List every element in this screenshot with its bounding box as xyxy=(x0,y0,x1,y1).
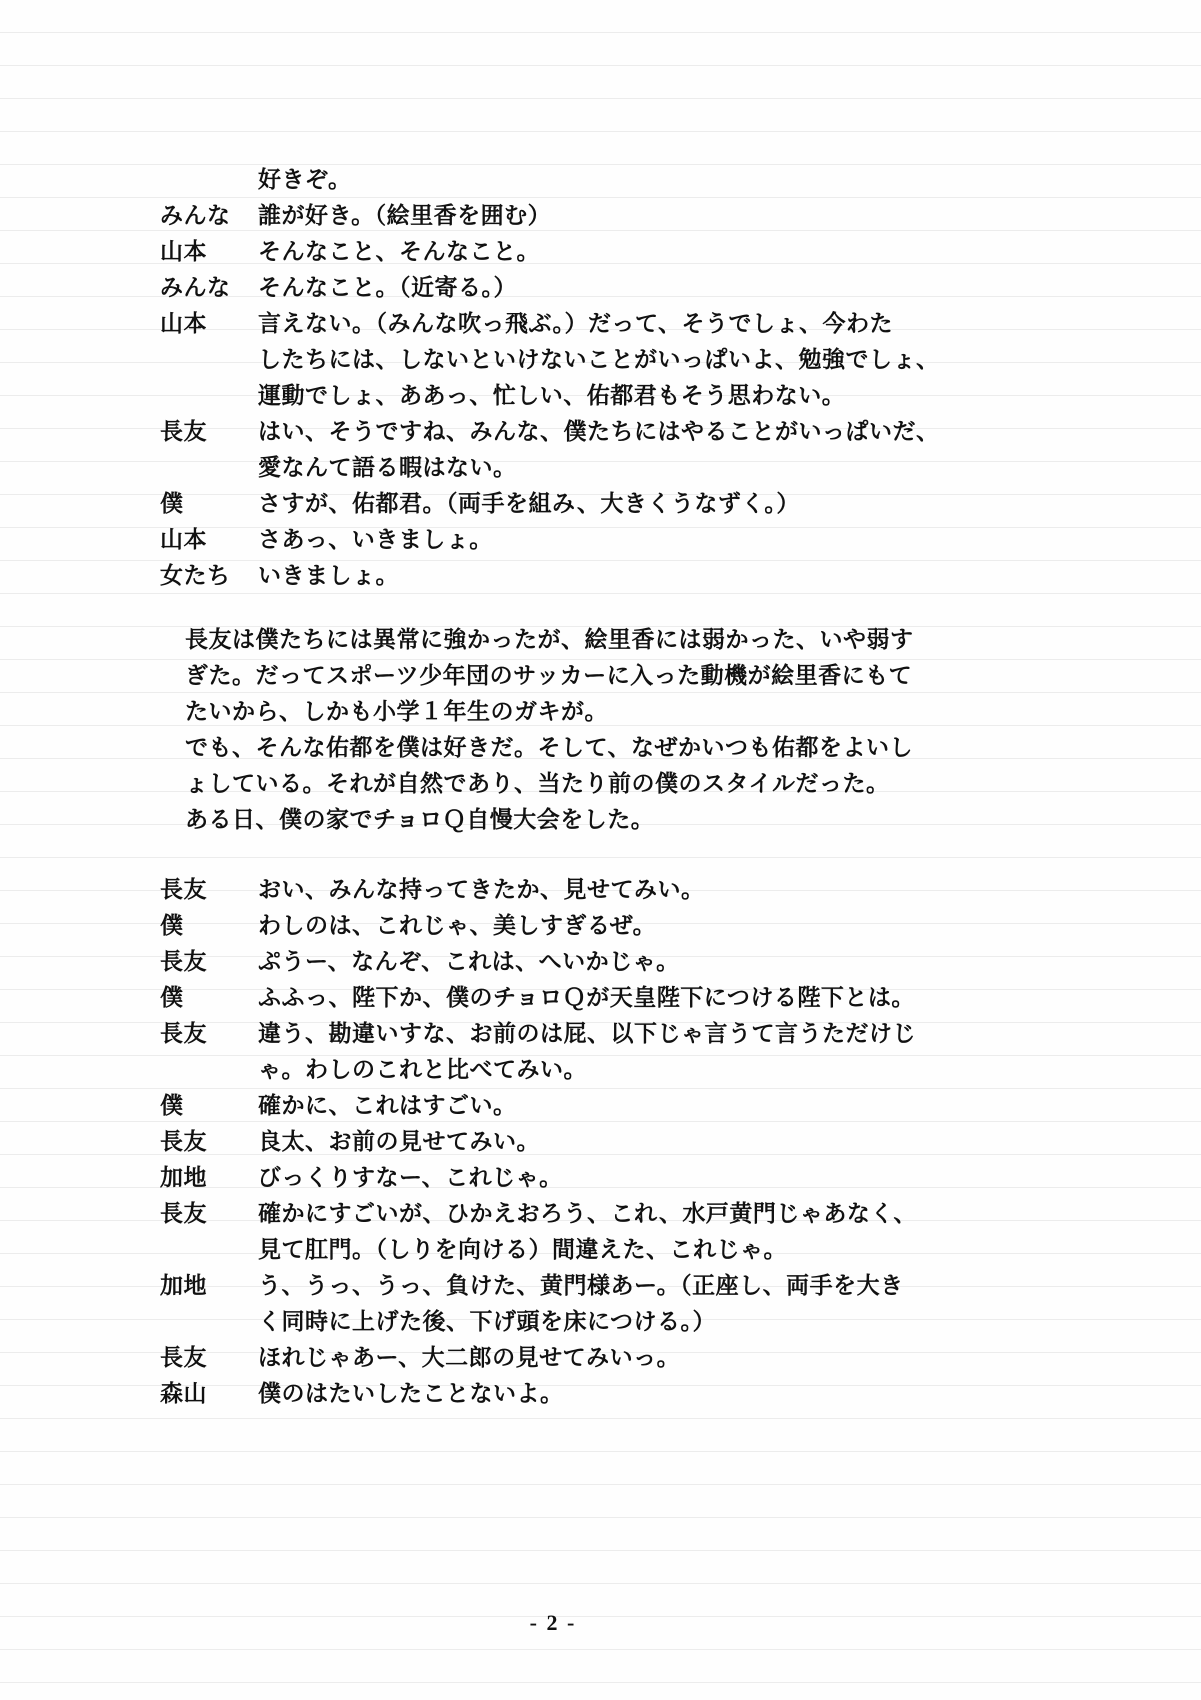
speaker-name: 山本 xyxy=(160,234,258,270)
speech-text: 言えない。（みんな吹っ飛ぶ。）だって、そうでしょ、今わた xyxy=(258,306,1040,342)
document-page: 好きぞ。 みんな誰が好き。（絵里香を囲む） 山本そんなこと、そんなこと。 みんな… xyxy=(0,0,1201,1700)
narration-line: ょしている。それが自然であり、当たり前の僕のスタイルだった。 xyxy=(185,766,1045,802)
speaker-name: 長友 xyxy=(160,872,258,908)
dialogue-line: 好きぞ。 xyxy=(160,162,1040,198)
speaker-name: みんな xyxy=(160,198,258,234)
speech-text: く同時に上げた後、下げ頭を床につける。） xyxy=(258,1304,1040,1340)
speaker-name: 女たち xyxy=(160,558,258,594)
dialogue-line: 長友違う、勘違いすな、お前のは屁、以下じゃ言うて言うただけじ xyxy=(160,1016,1040,1052)
speaker-name: 山本 xyxy=(160,522,258,558)
speech-text: 誰が好き。（絵里香を囲む） xyxy=(258,198,1040,234)
speech-text: 僕のはたいしたことないよ。 xyxy=(258,1376,1040,1412)
dialogue-line: 僕ふふっ、陛下か、僕のチョロＱが天皇陛下につける陛下とは。 xyxy=(160,980,1040,1016)
dialogue-line: く同時に上げた後、下げ頭を床につける。） xyxy=(160,1304,1040,1340)
speech-text: 良太、お前の見せてみい。 xyxy=(258,1124,1040,1160)
speech-text: 確かにすごいが、ひかえおろう、これ、水戸黄門じゃあなく、 xyxy=(258,1196,1040,1232)
speaker-name: 長友 xyxy=(160,1016,258,1052)
speech-text: 見て肛門。（しりを向ける）間違えた、これじゃ。 xyxy=(258,1232,1040,1268)
dialogue-line: 運動でしょ、ああっ、忙しい、佑都君もそう思わない。 xyxy=(160,378,1040,414)
speech-text: びっくりすなー、これじゃ。 xyxy=(258,1160,1040,1196)
speech-text: う、うっ、うっ、負けた、黄門様あー。（正座し、両手を大き xyxy=(258,1268,1040,1304)
narration-line: たいから、しかも小学１年生のガキが。 xyxy=(185,694,1045,730)
dialogue-line: 女たちいきましょ。 xyxy=(160,558,1040,594)
dialogue-line: 長友はい、そうですね、みんな、僕たちにはやることがいっぱいだ、 xyxy=(160,414,1040,450)
speaker-name: 長友 xyxy=(160,1196,258,1232)
speaker-name: 森山 xyxy=(160,1376,258,1412)
speaker-name: 長友 xyxy=(160,1340,258,1376)
speaker-name xyxy=(160,162,258,198)
speech-text: ほれじゃあー、大二郎の見せてみいっ。 xyxy=(258,1340,1040,1376)
speaker-name xyxy=(160,1304,258,1340)
speech-text: はい、そうですね、みんな、僕たちにはやることがいっぱいだ、 xyxy=(258,414,1040,450)
speech-text: したちには、しないといけないことがいっぱいよ、勉強でしょ、 xyxy=(258,342,1040,378)
dialogue-line: 愛なんて語る暇はない。 xyxy=(160,450,1040,486)
speech-text: わしのは、これじゃ、美しすぎるぜ。 xyxy=(258,908,1040,944)
speech-text: そんなこと。（近寄る。） xyxy=(258,270,1040,306)
dialogue-line: 見て肛門。（しりを向ける）間違えた、これじゃ。 xyxy=(160,1232,1040,1268)
speech-text: 好きぞ。 xyxy=(258,162,1040,198)
speaker-name: 加地 xyxy=(160,1268,258,1304)
dialogue-line: 長友ぷうー、なんぞ、これは、へいかじゃ。 xyxy=(160,944,1040,980)
dialogue-line: 長友良太、お前の見せてみい。 xyxy=(160,1124,1040,1160)
speaker-name xyxy=(160,378,258,414)
dialogue-line: ゃ。わしのこれと比べてみい。 xyxy=(160,1052,1040,1088)
speech-text: さあっ、いきましょ。 xyxy=(258,522,1040,558)
dialogue-line: 長友おい、みんな持ってきたか、見せてみい。 xyxy=(160,872,1040,908)
page-number: - 2 - xyxy=(0,1610,1106,1636)
narration-line: ぎた。だってスポーツ少年団のサッカーに入った動機が絵里香にもて xyxy=(185,658,1045,694)
narration-line: ある日、僕の家でチョロＱ自慢大会をした。 xyxy=(185,802,1045,838)
dialogue-line: みんな誰が好き。（絵里香を囲む） xyxy=(160,198,1040,234)
speaker-name xyxy=(160,342,258,378)
dialogue-line: 森山僕のはたいしたことないよ。 xyxy=(160,1376,1040,1412)
speech-text: 違う、勘違いすな、お前のは屁、以下じゃ言うて言うただけじ xyxy=(258,1016,1040,1052)
speaker-name: 僕 xyxy=(160,908,258,944)
narration-paragraph: 長友は僕たちには異常に強かったが、絵里香には弱かった、いや弱す ぎた。だってスポ… xyxy=(185,622,1045,838)
dialogue-line: 山本さあっ、いきましょ。 xyxy=(160,522,1040,558)
dialogue-line: 僕さすが、佑都君。（両手を組み、大きくうなずく。） xyxy=(160,486,1040,522)
speech-text: 確かに、これはすごい。 xyxy=(258,1088,1040,1124)
speaker-name: 僕 xyxy=(160,486,258,522)
speaker-name: みんな xyxy=(160,270,258,306)
dialogue-line: 長友ほれじゃあー、大二郎の見せてみいっ。 xyxy=(160,1340,1040,1376)
speech-text: ゃ。わしのこれと比べてみい。 xyxy=(258,1052,1040,1088)
speaker-name xyxy=(160,450,258,486)
speaker-name xyxy=(160,1052,258,1088)
speech-text: おい、みんな持ってきたか、見せてみい。 xyxy=(258,872,1040,908)
dialogue-section-1: 好きぞ。 みんな誰が好き。（絵里香を囲む） 山本そんなこと、そんなこと。 みんな… xyxy=(160,162,1040,594)
speaker-name xyxy=(160,1232,258,1268)
speech-text: さすが、佑都君。（両手を組み、大きくうなずく。） xyxy=(258,486,1040,522)
speaker-name: 僕 xyxy=(160,980,258,1016)
dialogue-line: みんなそんなこと。（近寄る。） xyxy=(160,270,1040,306)
speaker-name: 山本 xyxy=(160,306,258,342)
narration-line: 長友は僕たちには異常に強かったが、絵里香には弱かった、いや弱す xyxy=(185,622,1045,658)
dialogue-line: 加地びっくりすなー、これじゃ。 xyxy=(160,1160,1040,1196)
dialogue-line: 僕わしのは、これじゃ、美しすぎるぜ。 xyxy=(160,908,1040,944)
speaker-name: 長友 xyxy=(160,414,258,450)
dialogue-line: 長友確かにすごいが、ひかえおろう、これ、水戸黄門じゃあなく、 xyxy=(160,1196,1040,1232)
dialogue-line: 僕確かに、これはすごい。 xyxy=(160,1088,1040,1124)
dialogue-line: 山本言えない。（みんな吹っ飛ぶ。）だって、そうでしょ、今わた xyxy=(160,306,1040,342)
narration-line: でも、そんな佑都を僕は好きだ。そして、なぜかいつも佑都をよいし xyxy=(185,730,1045,766)
speech-text: 運動でしょ、ああっ、忙しい、佑都君もそう思わない。 xyxy=(258,378,1040,414)
speaker-name: 僕 xyxy=(160,1088,258,1124)
speech-text: ふふっ、陛下か、僕のチョロＱが天皇陛下につける陛下とは。 xyxy=(258,980,1040,1016)
speech-text: 愛なんて語る暇はない。 xyxy=(258,450,1040,486)
dialogue-line: したちには、しないといけないことがいっぱいよ、勉強でしょ、 xyxy=(160,342,1040,378)
dialogue-section-2: 長友おい、みんな持ってきたか、見せてみい。 僕わしのは、これじゃ、美しすぎるぜ。… xyxy=(160,872,1040,1412)
speech-text: そんなこと、そんなこと。 xyxy=(258,234,1040,270)
speaker-name: 長友 xyxy=(160,944,258,980)
dialogue-line: 山本そんなこと、そんなこと。 xyxy=(160,234,1040,270)
speech-text: ぷうー、なんぞ、これは、へいかじゃ。 xyxy=(258,944,1040,980)
speaker-name: 加地 xyxy=(160,1160,258,1196)
speech-text: いきましょ。 xyxy=(258,558,1040,594)
speaker-name: 長友 xyxy=(160,1124,258,1160)
dialogue-line: 加地う、うっ、うっ、負けた、黄門様あー。（正座し、両手を大き xyxy=(160,1268,1040,1304)
